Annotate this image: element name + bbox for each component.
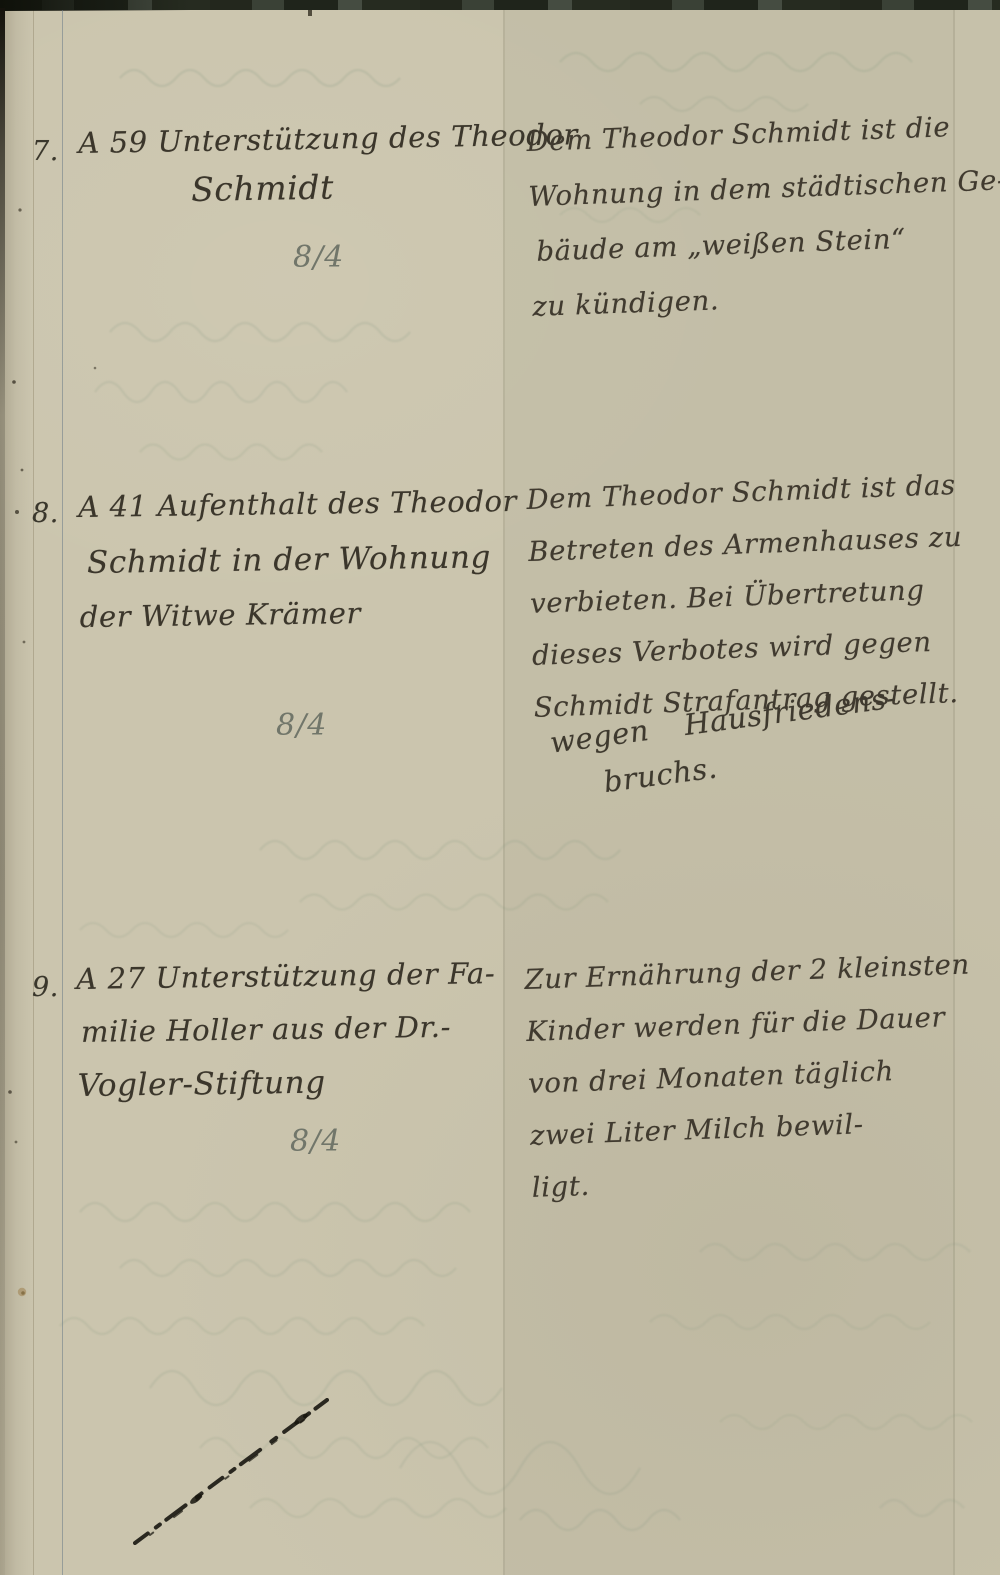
entry-8-number: 8. xyxy=(32,498,59,529)
binding-gutter-shadow xyxy=(0,8,36,1575)
entry-7-number: 7. xyxy=(32,136,59,167)
entry-7-date-note: 8/4 xyxy=(293,240,344,275)
scanned-register-page: 7. A 59 Unterstützung des Theodor Schmid… xyxy=(0,0,1000,1575)
entry-8-subject: A 41 Aufenthalt des Theodor Schmidt in d… xyxy=(78,484,505,655)
entry-9-subject-line-2: milie Holler aus der Dr.- xyxy=(77,1009,513,1068)
entry-8-subject-line-3: der Witwe Krämer xyxy=(80,594,506,655)
entry-7-decision: Dem Theodor Schmidt ist die Wohnung in d… xyxy=(526,110,983,346)
entry-7-subject-line-2: Schmidt xyxy=(79,165,490,211)
entry-9-subject-line-3: Vogler-Stiftung xyxy=(77,1062,513,1121)
entry-9-subject: A 27 Unterstützung der Fa- milie Holler … xyxy=(76,956,513,1121)
entry-9-decision: Zur Ernährung der 2 kleinsten Kinder wer… xyxy=(524,948,993,1224)
entry-7-subject-line-1: A 59 Unterstützung des Theodor xyxy=(78,119,489,160)
entry-7-subject: A 59 Unterstützung des Theodor Schmidt xyxy=(78,119,489,211)
entry-8-date-note: 8/4 xyxy=(276,708,327,743)
entry-9-number: 9. xyxy=(32,972,59,1003)
book-binding-left-edge xyxy=(0,8,5,1575)
ruled-margin-line xyxy=(62,10,63,1575)
entry-9-subject-line-1: A 27 Unterstützung der Fa- xyxy=(76,956,512,1015)
entry-9-date-note: 8/4 xyxy=(290,1124,341,1159)
book-cover-top-edge-dark xyxy=(0,0,190,11)
entry-8-subject-line-1: A 41 Aufenthalt des Theodor xyxy=(78,484,504,545)
paper-fold-crease xyxy=(503,0,505,1575)
gutter-crease-line xyxy=(33,8,34,1575)
entry-8-subject-line-2: Schmidt in der Wohnung xyxy=(79,539,505,600)
